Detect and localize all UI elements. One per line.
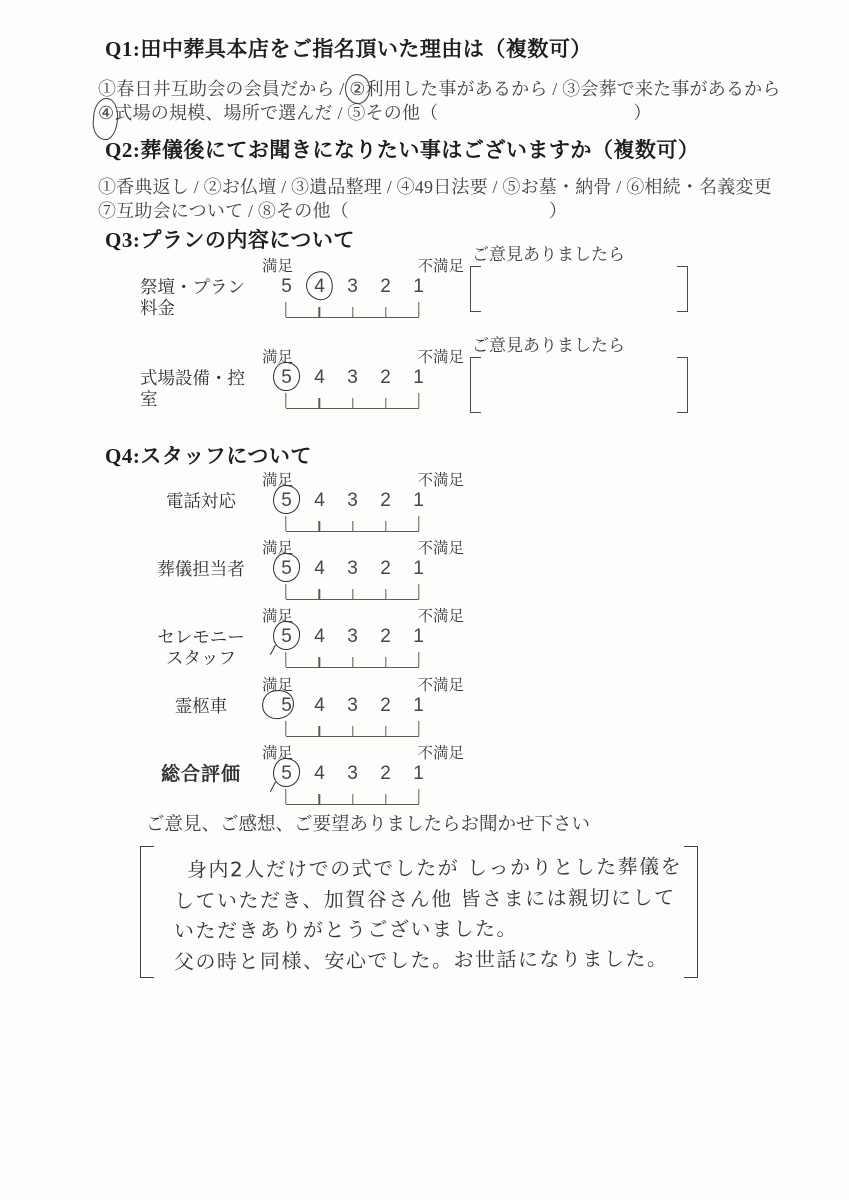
q1-options-post: 利用した事があるから / ③会葬で来た事があるから <box>366 79 781 99</box>
comment-bracket-area <box>470 357 688 413</box>
tick-4 <box>319 657 320 667</box>
rating-scale: 満足 不満足 54321 <box>262 745 464 805</box>
dissatisfied-label: 不満足 <box>417 258 464 275</box>
scale-numbers: 54321 <box>270 762 435 785</box>
rating-row: 霊柩車 満足 不満足 54321 <box>140 677 849 737</box>
rating-option-3: 3 <box>336 366 369 389</box>
row-label: 霊柩車 <box>140 677 262 717</box>
handwritten-line: 身内2人だけでの式でしたが しっかりとした葬儀を <box>174 851 674 885</box>
tick-3 <box>352 657 353 667</box>
rating-row: 式場設備・控室 満足 不満足 54321 ご意見ありましたら <box>140 349 849 413</box>
dissatisfied-label: 不満足 <box>417 349 464 366</box>
q2-heading: Q2:葬儀後にてお聞きになりたい事はございますか（複数可） <box>105 137 849 163</box>
rating-option-4: 4 <box>303 489 336 512</box>
tick-3 <box>352 521 353 531</box>
tick-2 <box>385 726 386 736</box>
rating-option-5-circled: 5 <box>270 762 303 785</box>
rating-option-1: 1 <box>402 275 435 298</box>
handwritten-line: いただきありがとうございました。 <box>174 912 674 946</box>
rating-row: 祭壇・プラン料金 満足 不満足 54321 ご意見ありましたら <box>140 258 849 319</box>
rating-option-5: 5 <box>270 275 303 298</box>
rating-scale: 満足 不満足 54321 <box>262 540 464 600</box>
row-label: 葬儀担当者 <box>140 540 262 580</box>
tick-5 <box>285 652 286 667</box>
q1-option-line-2: ④式場の規模、場所で選んだ / ⑤その他（） <box>98 102 849 126</box>
q4-heading: Q4:スタッフについて <box>105 443 849 469</box>
tick-5 <box>285 789 286 804</box>
free-comment-prompt: ご意見、ご感想、ご要望ありましたらお聞かせ下さい <box>146 814 849 836</box>
tick-1 <box>418 516 419 531</box>
rating-option-2: 2 <box>369 762 402 785</box>
scale-ruler <box>286 787 419 805</box>
rating-option-1: 1 <box>402 489 435 512</box>
tick-2 <box>385 589 386 599</box>
tick-3 <box>352 398 353 408</box>
rating-option-4: 4 <box>303 694 336 717</box>
q2-option-line-1: ①香典返し / ②お仏壇 / ③遺品整理 / ④49日法要 / ⑤お墓・納骨 /… <box>98 176 849 200</box>
rating-option-3: 3 <box>336 275 369 298</box>
comment-column: ご意見ありましたら <box>470 245 688 312</box>
rating-option-1: 1 <box>402 557 435 580</box>
rating-option-2: 2 <box>369 557 402 580</box>
tick-4 <box>319 794 320 804</box>
rating-row: セレモニー スタッフ 満足 不満足 54321 <box>140 608 849 669</box>
rating-option-3: 3 <box>336 762 369 785</box>
tick-2 <box>385 307 386 317</box>
rating-option-5-circled: 5 <box>270 489 303 512</box>
comment-lines: 身内2人だけでの式でしたが しっかりとした葬儀をしていただき、加賀谷さん他 皆さ… <box>174 853 674 975</box>
tick-1 <box>418 393 419 408</box>
scale-numbers: 54321 <box>270 275 435 298</box>
q2-options-text: ⑦互助会について / ⑧その他（ <box>98 201 349 221</box>
row-label: 総合評価 <box>140 745 262 785</box>
tick-2 <box>385 657 386 667</box>
tick-3 <box>352 794 353 804</box>
tick-1 <box>418 652 419 667</box>
rating-scale: 満足 不満足 54321 <box>262 472 464 532</box>
rating-option-5-circled: 5 <box>270 557 303 580</box>
q4-rating-rows: 電話対応 満足 不満足 54321 葬儀担当者 満足 不満足 54321 <box>140 472 849 805</box>
rating-option-5-circled: 5 <box>270 694 303 717</box>
rating-option-3: 3 <box>336 557 369 580</box>
free-comment-box: 身内2人だけでの式でしたが しっかりとした葬儀をしていただき、加賀谷さん他 皆さ… <box>140 846 698 978</box>
q1-close-paren: ） <box>633 103 651 123</box>
row-label: 祭壇・プラン料金 <box>140 258 262 319</box>
rating-option-2: 2 <box>369 275 402 298</box>
tick-2 <box>385 794 386 804</box>
rating-row: 総合評価 満足 不満足 54321 <box>140 745 849 805</box>
rating-option-1: 1 <box>402 366 435 389</box>
rating-option-3: 3 <box>336 625 369 648</box>
dissatisfied-label: 不満足 <box>417 540 464 557</box>
tick-3 <box>352 589 353 599</box>
scale-ruler <box>286 650 419 668</box>
tick-4 <box>319 589 320 599</box>
tick-4 <box>319 307 320 317</box>
rating-option-5-circled: 5 <box>270 366 303 389</box>
comment-column: ご意見ありましたら <box>470 336 688 413</box>
dissatisfied-label: 不満足 <box>417 677 464 694</box>
rating-option-2: 2 <box>369 694 402 717</box>
row-label: 電話対応 <box>140 472 262 512</box>
rating-option-5-circled: 5 <box>270 625 303 648</box>
q2-option-line-2: ⑦互助会について / ⑧その他（） <box>98 200 849 224</box>
scale-ruler <box>286 391 419 409</box>
handwritten-line: していただき、加賀谷さん他 皆さまには親切にして <box>174 882 674 916</box>
satisfied-label: 満足 <box>262 258 293 275</box>
tick-4 <box>319 726 320 736</box>
q1-options-pre: ①春日井互助会の会員だから / <box>98 79 349 99</box>
rating-option-2: 2 <box>369 366 402 389</box>
rating-option-1: 1 <box>402 694 435 717</box>
scale-numbers: 54321 <box>270 366 435 389</box>
comment-label: ご意見ありましたら <box>472 336 688 355</box>
scale-numbers: 54321 <box>270 694 435 717</box>
tick-5 <box>285 721 286 736</box>
tick-5 <box>285 302 286 317</box>
scale-ruler <box>286 582 419 600</box>
rating-option-3: 3 <box>336 694 369 717</box>
comment-bracket-area <box>470 266 688 312</box>
dissatisfied-label: 不満足 <box>417 472 464 489</box>
scale-ruler <box>286 300 419 318</box>
scale-ruler <box>286 719 419 737</box>
row-label: 式場設備・控室 <box>140 349 262 410</box>
tick-5 <box>285 393 286 408</box>
rating-scale: 満足 不満足 54321 <box>262 608 464 668</box>
q1-heading: Q1:田中葬具本店をご指名頂いた理由は（複数可） <box>105 36 849 62</box>
tick-5 <box>285 584 286 599</box>
tick-1 <box>418 584 419 599</box>
tick-1 <box>418 721 419 736</box>
tick-2 <box>385 521 386 531</box>
tick-5 <box>285 516 286 531</box>
handwritten-line: 父の時と同様、安心でした。お世話になりました。 <box>174 943 674 977</box>
dissatisfied-label: 不満足 <box>417 745 464 762</box>
scale-ruler <box>286 514 419 532</box>
q1-circled-option-4: ④ <box>98 102 114 126</box>
rating-option-4: 4 <box>303 762 336 785</box>
rating-option-4: 4 <box>303 625 336 648</box>
rating-option-1: 1 <box>402 625 435 648</box>
rating-scale: 満足 不満足 54321 <box>262 258 464 318</box>
q2-close-paren: ） <box>549 201 567 221</box>
rating-option-2: 2 <box>369 625 402 648</box>
tick-2 <box>385 398 386 408</box>
tick-3 <box>352 726 353 736</box>
rating-row: 葬儀担当者 満足 不満足 54321 <box>140 540 849 600</box>
q1-options-text: 式場の規模、場所で選んだ / ⑤その他（ <box>114 103 438 123</box>
rating-option-4: 4 <box>303 366 336 389</box>
rating-option-2: 2 <box>369 489 402 512</box>
tick-3 <box>352 307 353 317</box>
dissatisfied-label: 不満足 <box>417 608 464 625</box>
q1-option-line-1: ①春日井互助会の会員だから / ②利用した事があるから / ③会葬で来た事がある… <box>98 78 849 102</box>
rating-row: 電話対応 満足 不満足 54321 <box>140 472 849 532</box>
tick-1 <box>418 789 419 804</box>
rating-scale: 満足 不満足 54321 <box>262 677 464 737</box>
tick-4 <box>319 398 320 408</box>
q3-rating-rows: 祭壇・プラン料金 満足 不満足 54321 ご意見ありましたら 式場設備・控室 … <box>140 258 849 413</box>
rating-option-3: 3 <box>336 489 369 512</box>
scale-numbers: 54321 <box>270 489 435 512</box>
q1-circled-option-2: ② <box>349 78 365 102</box>
rating-option-4: 4 <box>303 557 336 580</box>
comment-label: ご意見ありましたら <box>472 245 688 264</box>
rating-scale: 満足 不満足 54321 <box>262 349 464 409</box>
scanned-survey-page: Q1:田中葬具本店をご指名頂いた理由は（複数可） ①春日井互助会の会員だから /… <box>0 0 849 1200</box>
scale-numbers: 54321 <box>270 557 435 580</box>
scale-numbers: 54321 <box>270 625 435 648</box>
tick-1 <box>418 302 419 317</box>
rating-option-1: 1 <box>402 762 435 785</box>
row-label: セレモニー スタッフ <box>140 608 262 669</box>
tick-4 <box>319 521 320 531</box>
rating-option-4-circled: 4 <box>303 275 336 298</box>
